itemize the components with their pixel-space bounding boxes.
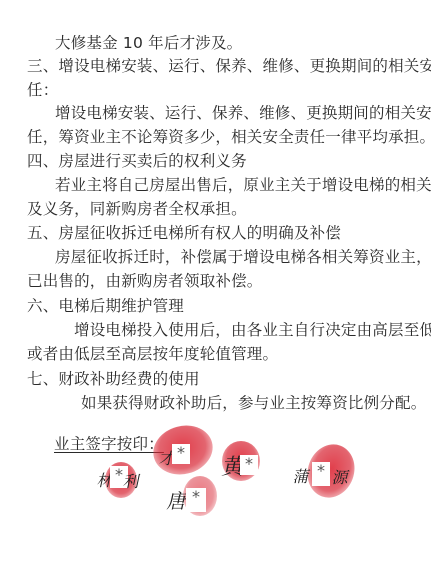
text-line: 增设电梯投入使用后，由各业主自行决定由高层至低层 [74, 320, 431, 340]
section-heading-3: 三、增设电梯安装、运行、保养、维修、更换期间的相关安全责 [27, 56, 431, 76]
text-line: 增设电梯安装、运行、保养、维修、更换期间的相关安全责 [55, 103, 431, 123]
text-line: 若业主将自己房屋出售后，原业主关于增设电梯的相关权利 [55, 175, 431, 195]
section-heading-5: 五、房屋征收拆迁电梯所有权人的明确及补偿 [27, 223, 341, 243]
text-line: 已出售的，由新购房者领取补偿。 [27, 271, 263, 291]
text-line: 任，筹资业主不论筹资多少，相关安全责任一律平均承担。 [27, 127, 431, 147]
signature-label: 业主签字按印： [54, 434, 164, 454]
section-heading-7: 七、财政补助经费的使用 [27, 369, 200, 389]
text-line: 如果获得财政补助后，参与业主按筹资比例分配。 [81, 393, 426, 413]
text-line: 及义务，同新购房者全权承担。 [27, 199, 247, 219]
text-line: 任： [27, 80, 58, 100]
section-heading-4: 四、房屋进行买卖后的权利义务 [27, 151, 247, 171]
text-line: 或者由低层至高层按年度轮值管理。 [27, 344, 278, 364]
text-line: 房屋征收拆迁时，补偿属于增设电梯各相关筹资业主，房屋 [55, 247, 431, 267]
section-heading-6: 六、电梯后期维护管理 [27, 296, 184, 316]
text-line: 大修基金 10 年后才涉及。 [55, 33, 242, 53]
